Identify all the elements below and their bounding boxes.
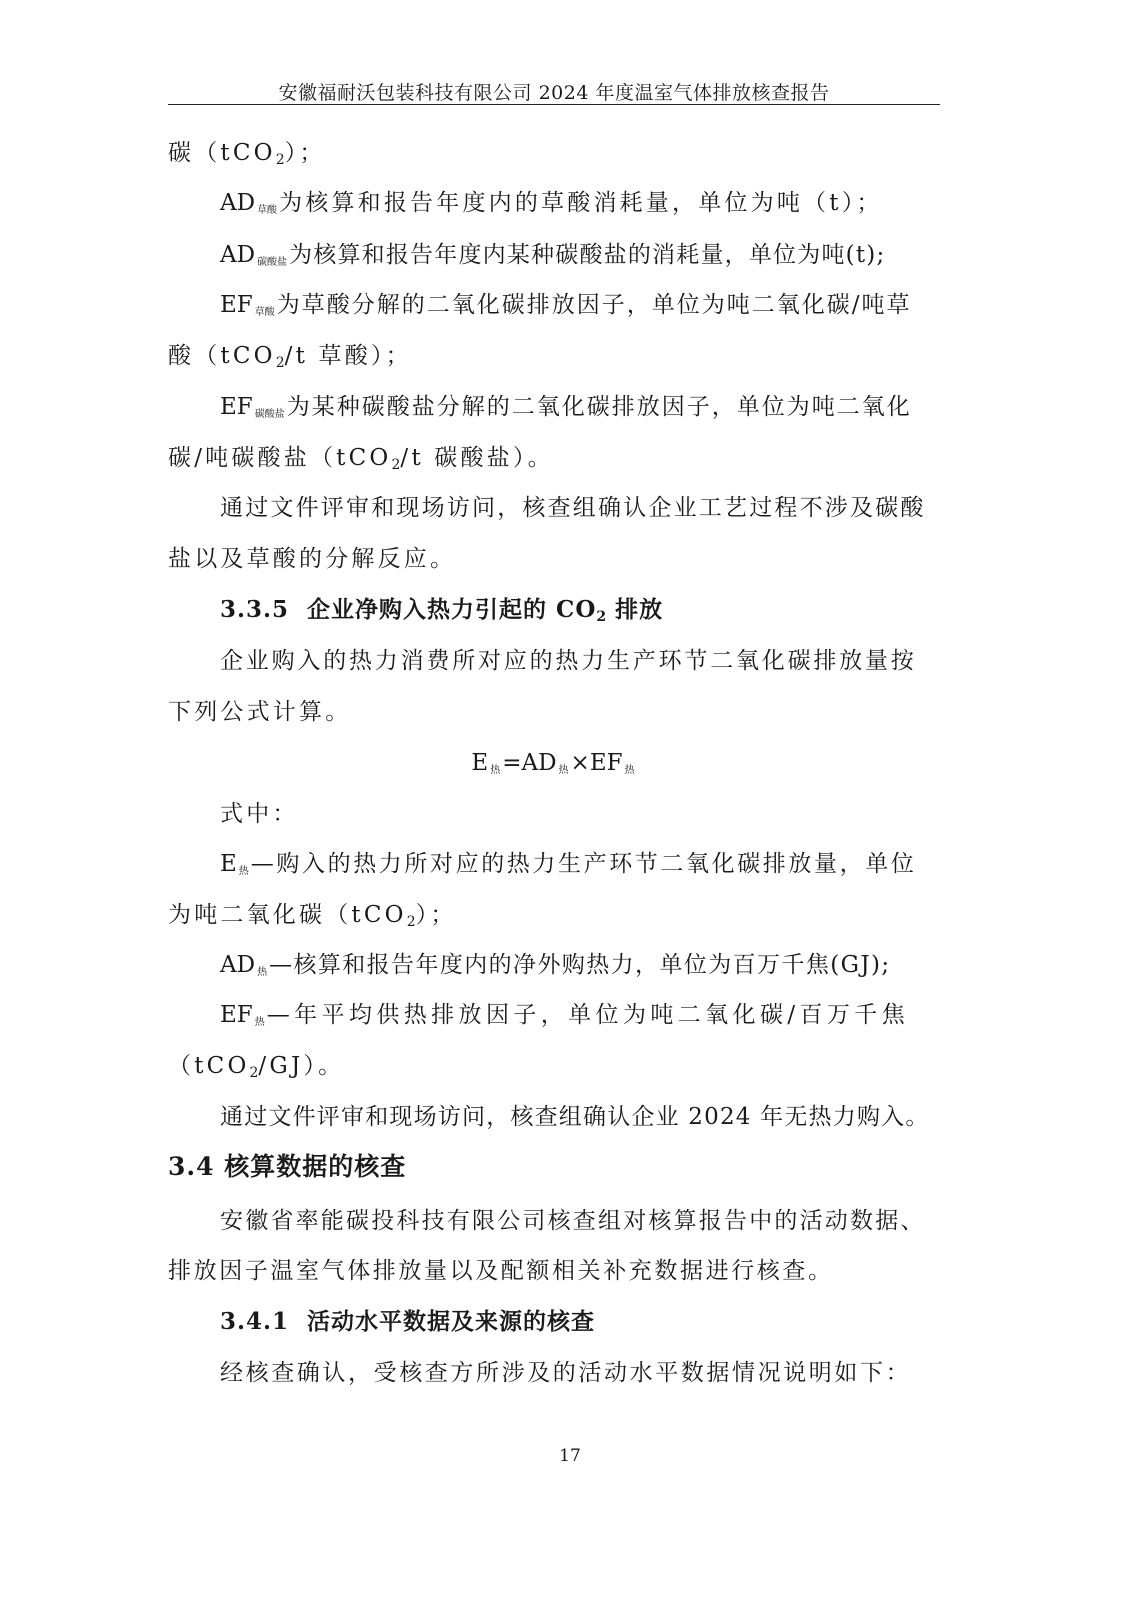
paragraph-line: 盐以及草酸的分解反应。 xyxy=(168,544,940,574)
definition-ad-heat: AD热—核算和报告年度内的净外购热力，单位为百万千焦(GJ); xyxy=(220,950,940,988)
definition-ef-heat: EF热—年平均供热排放因子，单位为吨二氧化碳/百万千焦 xyxy=(220,1000,940,1038)
text: /GJ）。 xyxy=(258,1053,344,1079)
paragraph-line: 为吨二氧化碳（tCO2）； xyxy=(168,900,940,937)
text: 为核算和报告年度内的草酸消耗量，单位为吨（t）； xyxy=(279,190,883,216)
text: 碳（tCO xyxy=(168,140,276,166)
variable: EF xyxy=(220,1002,253,1028)
paragraph-line: 碳（tCO2）； xyxy=(168,138,940,175)
subscript: 草酸 xyxy=(257,205,277,216)
text: 企业净购入热力引起的 CO xyxy=(307,596,596,623)
text: 为吨二氧化碳（tCO xyxy=(168,902,407,928)
subscript: 2 xyxy=(276,355,285,371)
subscript: 碳酸盐 xyxy=(255,409,285,420)
section-heading-3-4-1: 3.4.1 活动水平数据及来源的核查 xyxy=(220,1307,940,1337)
paragraph-line: 安徽省率能碳投科技有限公司核查组对核算报告中的活动数据、 xyxy=(220,1206,940,1236)
definition-ad-oxalic: AD草酸为核算和报告年度内的草酸消耗量，单位为吨（t）； xyxy=(220,188,940,226)
subscript: 热 xyxy=(255,1017,265,1028)
subscript: 2 xyxy=(276,152,285,168)
variable: EF xyxy=(220,292,253,318)
text: —购入的热力所对应的热力生产环节二氧化碳排放量，单位 xyxy=(251,851,917,877)
text: —核算和报告年度内的净外购热力，单位为百万千焦(GJ); xyxy=(269,952,891,978)
variable: AD xyxy=(220,190,255,216)
paragraph-line: 经核查确认，受核查方所涉及的活动水平数据情况说明如下： xyxy=(220,1358,940,1388)
paragraph-line: （tCO2/GJ）。 xyxy=(168,1051,940,1088)
section-heading-3-3-5: 3.3.5 企业净购入热力引起的 CO2 排放 xyxy=(220,595,940,632)
paragraph-line: 下列公式计算。 xyxy=(168,697,940,727)
subscript: 热 xyxy=(625,765,635,776)
text: 为某种碳酸盐分解的二氧化碳排放因子，单位为吨二氧化 xyxy=(287,394,912,420)
paragraph-line: 通过文件评审和现场访问，核查组确认企业 2024 年无热力购入。 xyxy=(220,1102,940,1132)
paragraph-line: 通过文件评审和现场访问，核查组确认企业工艺过程不涉及碳酸 xyxy=(220,493,940,523)
running-header: 安徽福耐沃包装科技有限公司 2024 年度温室气体排放核查报告 xyxy=(168,78,940,105)
text: 酸（tCO xyxy=(168,343,276,369)
text: 碳/吨碳酸盐（tCO xyxy=(168,445,391,471)
text: /t 草酸）； xyxy=(285,343,412,369)
section-heading-3-4: 3.4 核算数据的核查 xyxy=(168,1152,940,1182)
paragraph-line: 企业购入的热力消费所对应的热力生产环节二氧化碳排放量按 xyxy=(220,646,940,676)
variable: E xyxy=(220,851,237,877)
paragraph-line: 酸（tCO2/t 草酸）； xyxy=(168,341,940,378)
section-number: 3.3.5 xyxy=(220,596,289,623)
variable: E xyxy=(471,750,488,776)
definition-ad-carbonate: AD碳酸盐为核算和报告年度内某种碳酸盐的消耗量，单位为吨(t); xyxy=(220,240,940,278)
variable: AD xyxy=(220,952,255,978)
subscript: 2 xyxy=(596,609,606,625)
text: 为草酸分解的二氧化碳排放因子，单位为吨二氧化碳/吨草 xyxy=(277,292,912,318)
text: 活动水平数据及来源的核查 xyxy=(307,1308,595,1335)
subscript: 草酸 xyxy=(255,307,275,318)
definition-ef-oxalic: EF草酸为草酸分解的二氧化碳排放因子，单位为吨二氧化碳/吨草 xyxy=(220,290,940,328)
variable: EF xyxy=(220,394,253,420)
paragraph-line: 式中： xyxy=(220,799,940,829)
text: ）； xyxy=(285,140,326,166)
paragraph-line: 碳/吨碳酸盐（tCO2/t 碳酸盐）。 xyxy=(168,443,940,480)
paragraph-line: 排放因子温室气体排放量以及配额相关补充数据进行核查。 xyxy=(168,1256,940,1286)
subscript: 热 xyxy=(239,866,249,877)
subscript: 热 xyxy=(257,967,267,978)
text: =AD xyxy=(502,750,556,776)
definition-e-heat: E热—购入的热力所对应的热力生产环节二氧化碳排放量，单位 xyxy=(220,849,940,887)
definition-ef-carbonate: EF碳酸盐为某种碳酸盐分解的二氧化碳排放因子，单位为吨二氧化 xyxy=(220,392,940,430)
section-number: 3.4.1 xyxy=(220,1308,289,1335)
page-number: 17 xyxy=(540,1446,600,1466)
text: ×EF xyxy=(571,750,623,776)
text: 为核算和报告年度内某种碳酸盐的消耗量，单位为吨(t); xyxy=(289,242,885,268)
subscript: 2 xyxy=(407,914,416,930)
formula: E热=AD热×EF热 xyxy=(168,748,940,786)
variable: AD xyxy=(220,242,255,268)
text: /t 碳酸盐）。 xyxy=(400,445,553,471)
subscript: 热 xyxy=(490,765,500,776)
text: ）； xyxy=(416,902,457,928)
subscript: 碳酸盐 xyxy=(257,257,287,268)
text: （tCO xyxy=(168,1053,250,1079)
text: 排放 xyxy=(606,596,663,623)
text: —年平均供热排放因子，单位为吨二氧化碳/百万千焦 xyxy=(267,1002,909,1028)
header-divider xyxy=(168,104,940,105)
subscript: 热 xyxy=(559,765,569,776)
